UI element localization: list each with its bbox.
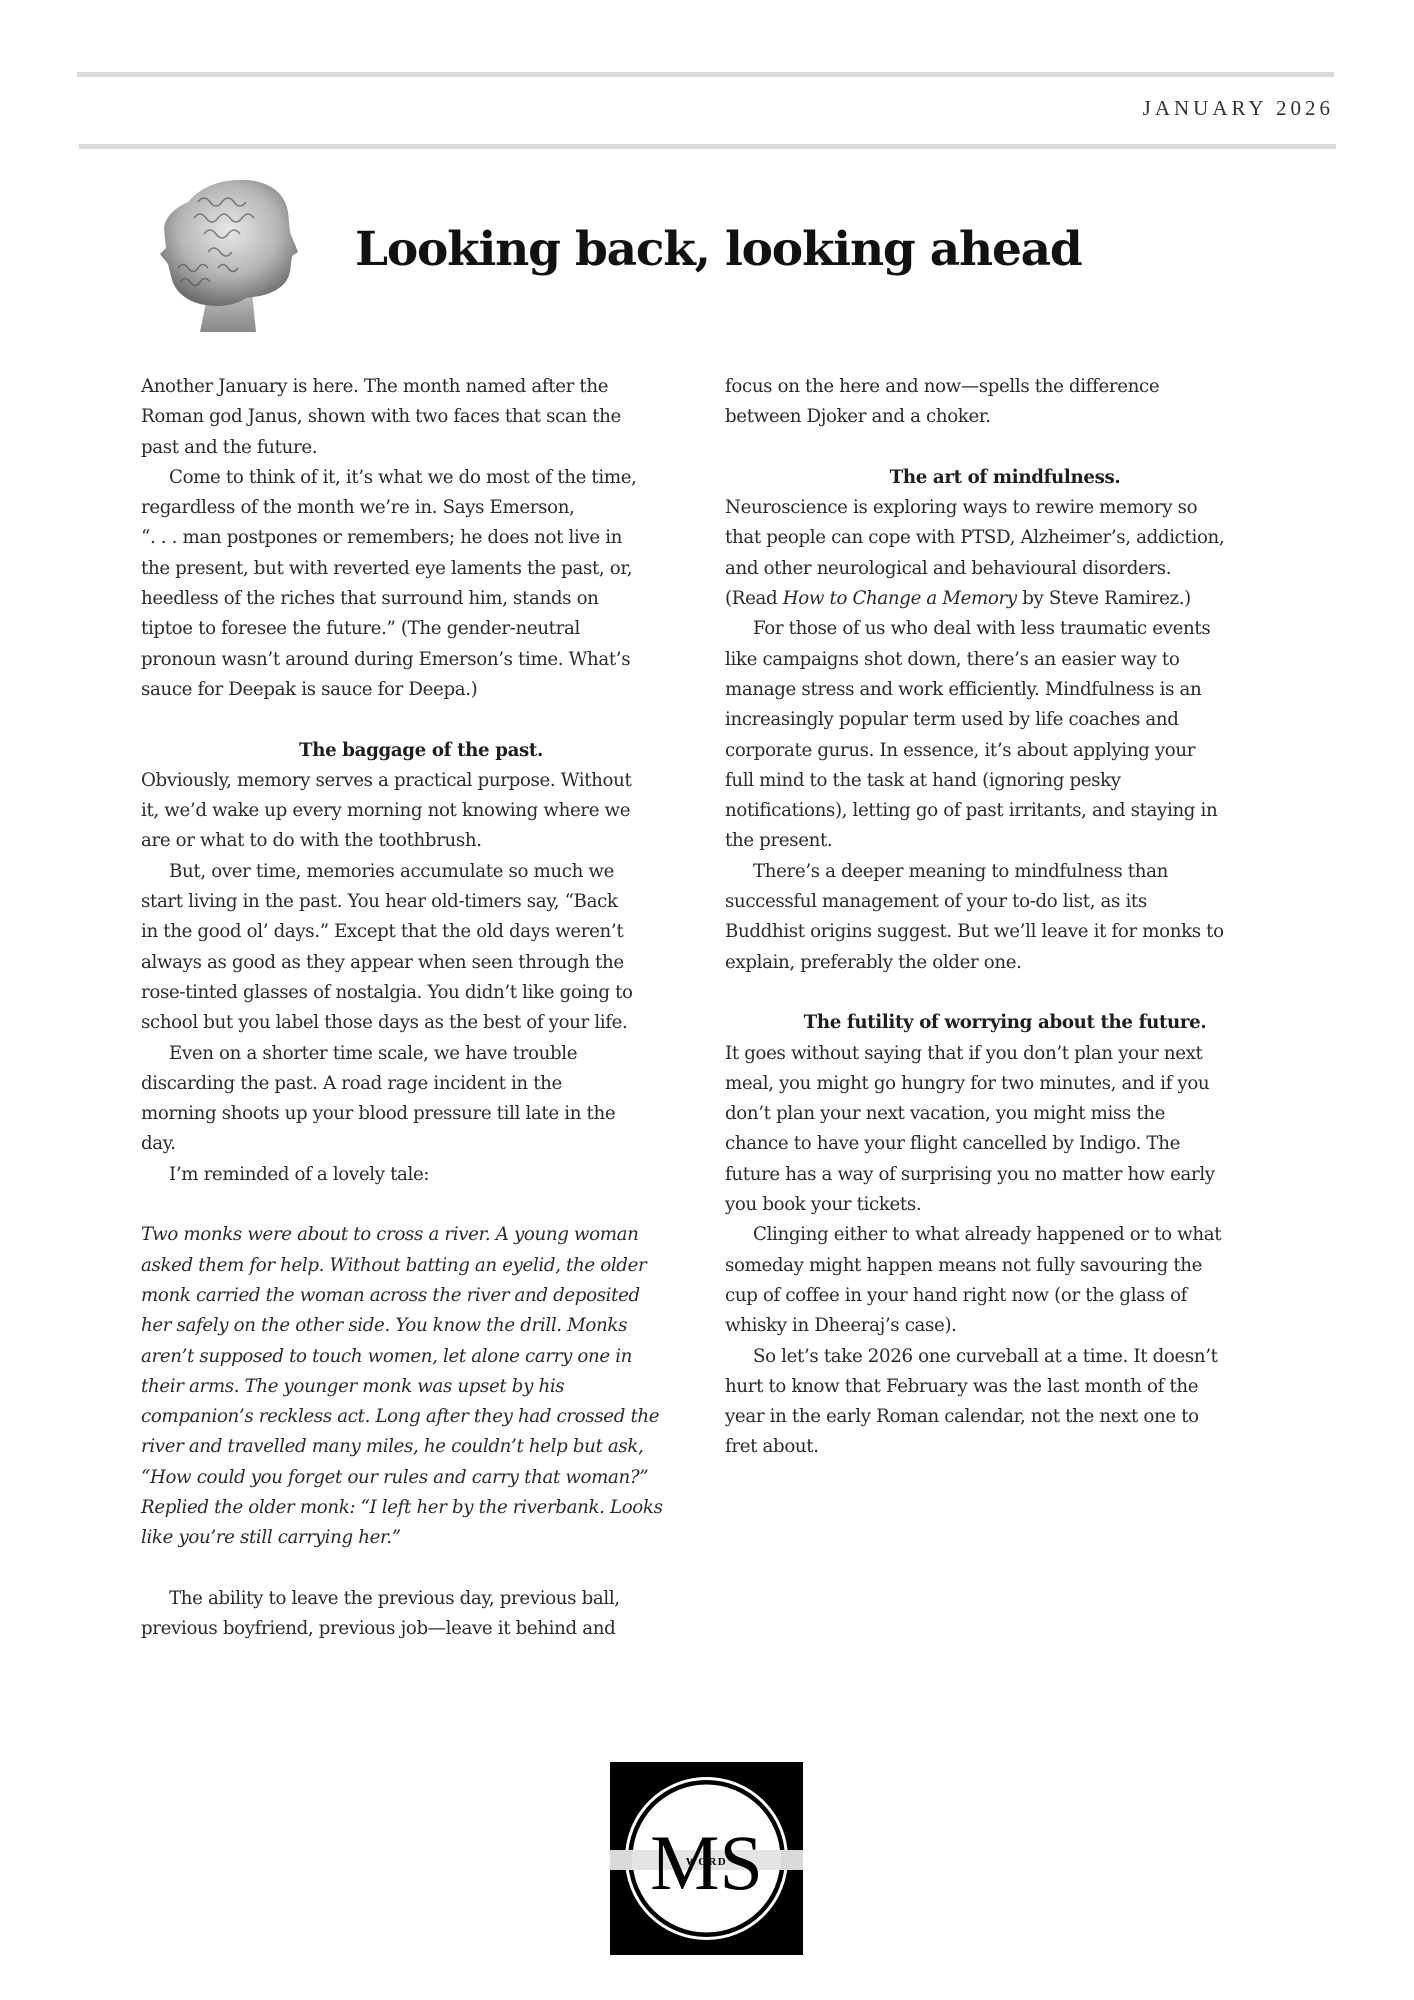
body-line: discarding the past. A road rage inciden… (141, 1069, 701, 1099)
body-line: morning shoots up your blood pressure ti… (141, 1099, 701, 1129)
section-heading: The art of mindfulness. (725, 463, 1285, 493)
section-heading: The futility of worrying about the futur… (725, 1008, 1285, 1038)
logo-word: WORD (686, 1856, 727, 1868)
body-line: year in the early Roman calendar, not th… (725, 1402, 1285, 1432)
tale-line: asked them for help. Without batting an … (141, 1251, 701, 1281)
janus-bust-icon (148, 172, 308, 337)
body-line: corporate gurus. In essence, it’s about … (725, 736, 1285, 766)
paragraph-first-line: Come to think of it, it’s what we do mos… (141, 463, 701, 493)
text-segment: by Steve Ramirez.) (1017, 588, 1191, 609)
body-line: are or what to do with the toothbrush. (141, 826, 701, 856)
body-line: tiptoe to foresee the future.” (The gend… (141, 614, 701, 644)
body-line: that people can cope with PTSD, Alzheime… (725, 523, 1285, 553)
ms-word-logo: MS WORD (610, 1762, 803, 1955)
body-line: in the good ol’ days.” Except that the o… (141, 917, 701, 947)
body-line: regardless of the month we’re in. Says E… (141, 493, 701, 523)
article-title: Looking back, looking ahead (355, 222, 1082, 277)
paragraph-first-line: Even on a shorter time scale, we have tr… (141, 1039, 701, 1069)
body-line: “. . . man postpones or remembers; he do… (141, 523, 701, 553)
body-line: increasingly popular term used by life c… (725, 705, 1285, 735)
right-column: focus on the here and now—spells the dif… (725, 372, 1285, 1463)
body-line: full mind to the task at hand (ignoring … (725, 766, 1285, 796)
paragraph-first-line: I’m reminded of a lovely tale: (141, 1160, 701, 1190)
paragraph-first-line: The ability to leave the previous day, p… (141, 1584, 701, 1614)
paragraph-first-line: For those of us who deal with less traum… (725, 614, 1285, 644)
paragraph-first-line: There’s a deeper meaning to mindfulness … (725, 857, 1285, 887)
body-line: (Read How to Change a Memory by Steve Ra… (725, 584, 1285, 614)
blank-line (141, 705, 701, 735)
section-heading: The baggage of the past. (141, 736, 701, 766)
paragraph-first-line: So let’s take 2026 one curveball at a ti… (725, 1342, 1285, 1372)
body-line: fret about. (725, 1432, 1285, 1462)
paragraph-first-line: But, over time, memories accumulate so m… (141, 857, 701, 887)
body-line: day. (141, 1129, 701, 1159)
body-line: the present. (725, 826, 1285, 856)
body-line: school but you label those days as the b… (141, 1008, 701, 1038)
issue-date: JANUARY 2026 (1143, 96, 1334, 121)
body-line: explain, preferably the older one. (725, 948, 1285, 978)
body-line: focus on the here and now—spells the dif… (725, 372, 1285, 402)
tale-line: their arms. The younger monk was upset b… (141, 1372, 701, 1402)
body-line: heedless of the riches that surround him… (141, 584, 701, 614)
body-line: past and the future. (141, 433, 701, 463)
body-line: between Djoker and a choker. (725, 402, 1285, 432)
header-bottom-rule (79, 144, 1336, 149)
body-line: previous boyfriend, previous job—leave i… (141, 1614, 701, 1644)
blank-line (141, 1190, 701, 1220)
tale-line: “How could you forget our rules and carr… (141, 1463, 701, 1493)
body-line: sauce for Deepak is sauce for Deepa.) (141, 675, 701, 705)
tale-line: Replied the older monk: “I left her by t… (141, 1493, 701, 1523)
body-line: Buddhist origins suggest. But we’ll leav… (725, 917, 1285, 947)
blank-line (725, 433, 1285, 463)
body-line: always as good as they appear when seen … (141, 948, 701, 978)
tale-line: aren’t supposed to touch women, let alon… (141, 1342, 701, 1372)
body-line: chance to have your flight cancelled by … (725, 1129, 1285, 1159)
tale-line: companion’s reckless act. Long after the… (141, 1402, 701, 1432)
book-title: How to Change a Memory (783, 588, 1017, 609)
left-column: Another January is here. The month named… (141, 372, 701, 1644)
body-line: hurt to know that February was the last … (725, 1372, 1285, 1402)
tale-line: river and travelled many miles, he could… (141, 1432, 701, 1462)
body-line: it, we’d wake up every morning not knowi… (141, 796, 701, 826)
text-segment: (Read (725, 588, 783, 609)
body-line: manage stress and work efficiently. Mind… (725, 675, 1285, 705)
tale-line: her safely on the other side. You know t… (141, 1311, 701, 1341)
body-line: successful management of your to-do list… (725, 887, 1285, 917)
body-line: cup of coffee in your hand right now (or… (725, 1281, 1285, 1311)
top-rule (77, 72, 1334, 77)
body-line: Neuroscience is exploring ways to rewire… (725, 493, 1285, 523)
tale-line: monk carried the woman across the river … (141, 1281, 701, 1311)
blank-line (725, 978, 1285, 1008)
paragraph-first-line: Clinging either to what already happened… (725, 1220, 1285, 1250)
body-line: someday might happen means not fully sav… (725, 1251, 1285, 1281)
body-line: Roman god Janus, shown with two faces th… (141, 402, 701, 432)
body-line: whisky in Dheeraj’s case). (725, 1311, 1285, 1341)
body-line: It goes without saying that if you don’t… (725, 1039, 1285, 1069)
body-line: start living in the past. You hear old-t… (141, 887, 701, 917)
body-line: Another January is here. The month named… (141, 372, 701, 402)
blank-line (141, 1554, 701, 1584)
tale-line: Two monks were about to cross a river. A… (141, 1220, 701, 1250)
body-line: notifications), letting go of past irrit… (725, 796, 1285, 826)
body-line: don’t plan your next vacation, you might… (725, 1099, 1285, 1129)
body-line: future has a way of surprising you no ma… (725, 1160, 1285, 1190)
body-line: pronoun wasn’t around during Emerson’s t… (141, 645, 701, 675)
body-line: rose-tinted glasses of nostalgia. You di… (141, 978, 701, 1008)
body-line: you book your tickets. (725, 1190, 1285, 1220)
body-line: the present, but with reverted eye lamen… (141, 554, 701, 584)
body-line: Obviously, memory serves a practical pur… (141, 766, 701, 796)
tale-line: like you’re still carrying her.” (141, 1523, 701, 1553)
body-line: and other neurological and behavioural d… (725, 554, 1285, 584)
body-line: like campaigns shot down, there’s an eas… (725, 645, 1285, 675)
body-line: meal, you might go hungry for two minute… (725, 1069, 1285, 1099)
